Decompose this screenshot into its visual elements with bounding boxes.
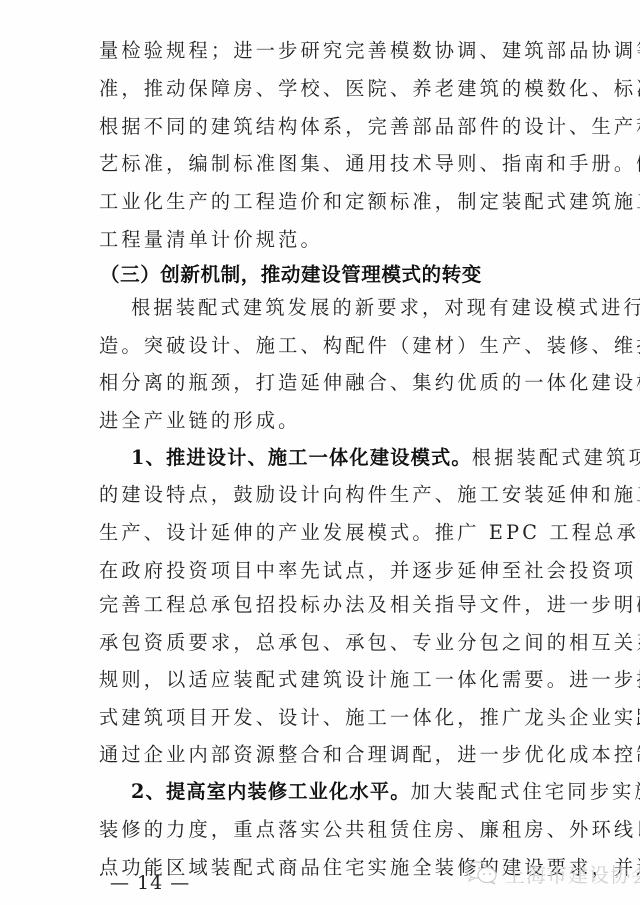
page-number: — 14 — xyxy=(110,871,190,895)
paragraph-line: 承包资质要求，总承包、承包、专业分包之间的相互关系和操作 xyxy=(99,629,547,657)
paragraph-line: 工程量清单计价规范。 xyxy=(99,226,547,254)
wechat-icon xyxy=(465,860,499,886)
item1-first-line-rest: 根据装配式建筑项目 xyxy=(472,446,640,469)
watermark: 上海市建设协会 xyxy=(465,858,640,888)
paragraph-line: 量检验规程；进一步研究完善模数协调、建筑部品协调等技术标 xyxy=(99,37,547,65)
paragraph-line: 式建筑项目开发、设计、施工一体化，推广龙头企业实践经验， xyxy=(99,704,547,732)
paragraph-line: 在政府投资项目中率先试点，并逐步延伸至社会投资项目。不断 xyxy=(99,557,547,585)
watermark-text: 上海市建设协会 xyxy=(505,859,640,888)
item2-first-line-rest: 加大装配式住宅同步实施全 xyxy=(411,780,640,803)
item1-first-line: 1、推进设计、施工一体化建设模式。根据装配式建筑项目 xyxy=(131,444,547,472)
item2-first-line: 2、提高室内装修工业化水平。加大装配式住宅同步实施全 xyxy=(131,778,547,806)
document-page: 量检验规程；进一步研究完善模数协调、建筑部品协调等技术标 准，推动保障房、学校、… xyxy=(0,0,640,905)
paragraph-line: 造。突破设计、施工、构配件（建材）生产、装修、维护环节互 xyxy=(99,332,547,360)
paragraph-line: 相分离的瓶颈，打造延伸融合、集约优质的一体化建设模式，促 xyxy=(99,369,547,397)
paragraph-line: 通过企业内部资源整合和合理调配，进一步优化成本控制。 xyxy=(99,741,547,769)
paragraph-line: 的建设特点，鼓励设计向构件生产、施工安装延伸和施工向构件 xyxy=(99,481,547,509)
paragraph-line: 进全产业链的形成。 xyxy=(99,407,547,435)
paragraph-line: 准，推动保障房、学校、医院、养老建筑的模数化、标准化设计； xyxy=(99,75,547,103)
paragraph-line: 规则，以适应装配式建筑设计施工一体化需要。进一步探索装配 xyxy=(99,666,547,694)
paragraph-line: 装修的力度，重点落实公共租赁住房、廉租房、外环线以内及重 xyxy=(99,816,547,844)
section-heading: （三）创新机制，推动建设管理模式的转变 xyxy=(100,261,548,289)
item1-bold-lead: 1、推进设计、施工一体化建设模式。 xyxy=(131,446,472,469)
item2-bold-lead: 2、提高室内装修工业化水平。 xyxy=(131,780,411,803)
paragraph-line: 艺标准，编制标准图集、通用技术导则、指南和手册。健全适应 xyxy=(99,150,547,178)
paragraph-line: 根据不同的建筑结构体系，完善部品部件的设计、生产和施工工 xyxy=(99,113,547,141)
paragraph-line: 生产、设计延伸的产业发展模式。推广 EPC 工程总承包管理模式， xyxy=(99,519,547,547)
paragraph-line: 完善工程总承包招投标办法及相关指导文件，进一步明确工程总 xyxy=(99,591,547,619)
paragraph-line: 根据装配式建筑发展的新要求，对现有建设模式进行升级再 xyxy=(131,294,547,322)
paragraph-line: 工业化生产的工程造价和定额标准，制定装配式建筑施工定额和 xyxy=(99,188,547,216)
